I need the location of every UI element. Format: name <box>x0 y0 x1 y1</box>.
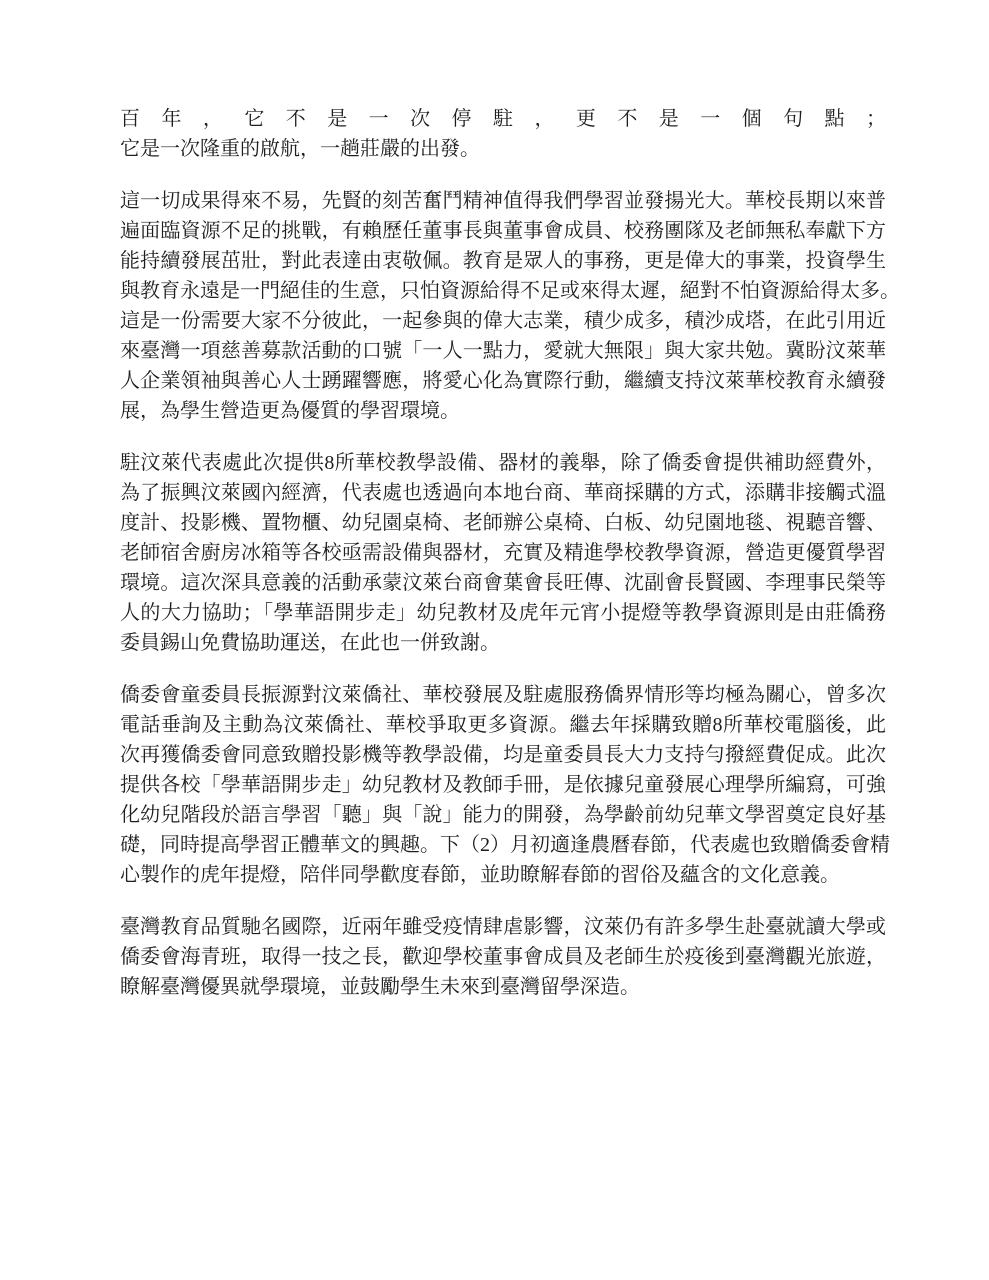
paragraph: 這一切成果得來不易，先賢的刻苦奮鬥精神值得我們學習並發揚光大。華校長期以來普遍面… <box>120 186 886 426</box>
text-line: 心製作的虎年提燈，陪伴同學歡度春節，並助瞭解春節的習俗及蘊含的文化意義。 <box>120 860 886 890</box>
text-line: 次再獲僑委會同意致贈投影機等教學設備，均是童委員長大力支持勻撥經費促成。此次 <box>120 740 886 770</box>
paragraph: 臺灣教育品質馳名國際，近兩年雖受疫情肆虐影響，汶萊仍有許多學生赴臺就讀大學或僑委… <box>120 912 886 1002</box>
text-line: 人企業領袖與善心人士踴躍響應，將愛心化為實際行動，繼續支持汶萊華校教育永續發 <box>120 366 886 396</box>
text-line: 與教育永遠是一門絕佳的生意，只怕資源給得不足或來得太遲，絕對不怕資源給得太多。 <box>120 276 886 306</box>
text-line: 人的大力協助；「學華語開步走」幼兒教材及虎年元宵小提燈等教學資源則是由莊僑務 <box>120 598 886 628</box>
text-line: 駐汶萊代表處此次提供8所華校教學設備、器材的義舉，除了僑委會提供補助經費外， <box>120 448 886 478</box>
text-line: 這一切成果得來不易，先賢的刻苦奮鬥精神值得我們學習並發揚光大。華校長期以來普 <box>120 186 886 216</box>
text-line: 電話垂詢及主動為汶萊僑社、華校爭取更多資源。繼去年採購致贈8所華校電腦後，此 <box>120 710 886 740</box>
text-line: 化幼兒階段於語言學習「聽」與「說」能力的開發，為學齡前幼兒華文學習奠定良好基 <box>120 800 886 830</box>
document-page: 百年，它不是一次停駐，更不是一個句點；它是一次隆重的啟航，一趟莊嚴的出發。這一切… <box>0 0 989 1280</box>
text-line: 百年，它不是一次停駐，更不是一個句點； <box>120 104 886 134</box>
text-line: 度計、投影機、置物櫃、幼兒園桌椅、老師辦公桌椅、白板、幼兒園地毯、視聽音響、 <box>120 508 886 538</box>
text-line: 能持續發展茁壯，對此表達由衷敬佩。教育是眾人的事務，更是偉大的事業，投資學生 <box>120 246 886 276</box>
paragraph: 駐汶萊代表處此次提供8所華校教學設備、器材的義舉，除了僑委會提供補助經費外，為了… <box>120 448 886 658</box>
text-line: 為了振興汶萊國內經濟，代表處也透過向本地台商、華商採購的方式，添購非接觸式溫 <box>120 478 886 508</box>
text-line: 瞭解臺灣優異就學環境，並鼓勵學生未來到臺灣留學深造。 <box>120 972 886 1002</box>
text-line: 臺灣教育品質馳名國際，近兩年雖受疫情肆虐影響，汶萊仍有許多學生赴臺就讀大學或 <box>120 912 886 942</box>
article-body: 百年，它不是一次停駐，更不是一個句點；它是一次隆重的啟航，一趟莊嚴的出發。這一切… <box>120 104 886 1002</box>
text-line: 這是一份需要大家不分彼此，一起參與的偉大志業，積少成多，積沙成塔，在此引用近 <box>120 306 886 336</box>
text-line: 遍面臨資源不足的挑戰，有賴歷任董事長與董事會成員、校務團隊及老師無私奉獻下方 <box>120 216 886 246</box>
text-line: 僑委會海青班，取得一技之長，歡迎學校董事會成員及老師生於疫後到臺灣觀光旅遊， <box>120 942 886 972</box>
text-line: 僑委會童委員長振源對汶萊僑社、華校發展及駐處服務僑界情形等均極為關心，曾多次 <box>120 680 886 710</box>
paragraph: 僑委會童委員長振源對汶萊僑社、華校發展及駐處服務僑界情形等均極為關心，曾多次電話… <box>120 680 886 890</box>
text-line: 展，為學生營造更為優質的學習環境。 <box>120 396 886 426</box>
text-line: 礎，同時提高學習正體華文的興趣。下（2）月初適逢農曆春節，代表處也致贈僑委會精 <box>120 830 886 860</box>
text-line: 提供各校「學華語開步走」幼兒教材及教師手冊，是依據兒童發展心理學所編寫，可強 <box>120 770 886 800</box>
text-line: 委員錫山免費協助運送，在此也一併致謝。 <box>120 628 886 658</box>
text-line: 老師宿舍廚房冰箱等各校亟需設備與器材，充實及精進學校教學資源，營造更優質學習 <box>120 538 886 568</box>
text-line: 來臺灣一項慈善募款活動的口號「一人一點力，愛就大無限」與大家共勉。冀盼汶萊華 <box>120 336 886 366</box>
text-line: 環境。這次深具意義的活動承蒙汶萊台商會葉會長旺傳、沈副會長賢國、李理事民榮等 <box>120 568 886 598</box>
paragraph: 百年，它不是一次停駐，更不是一個句點；它是一次隆重的啟航，一趟莊嚴的出發。 <box>120 104 886 164</box>
text-line: 它是一次隆重的啟航，一趟莊嚴的出發。 <box>120 134 886 164</box>
